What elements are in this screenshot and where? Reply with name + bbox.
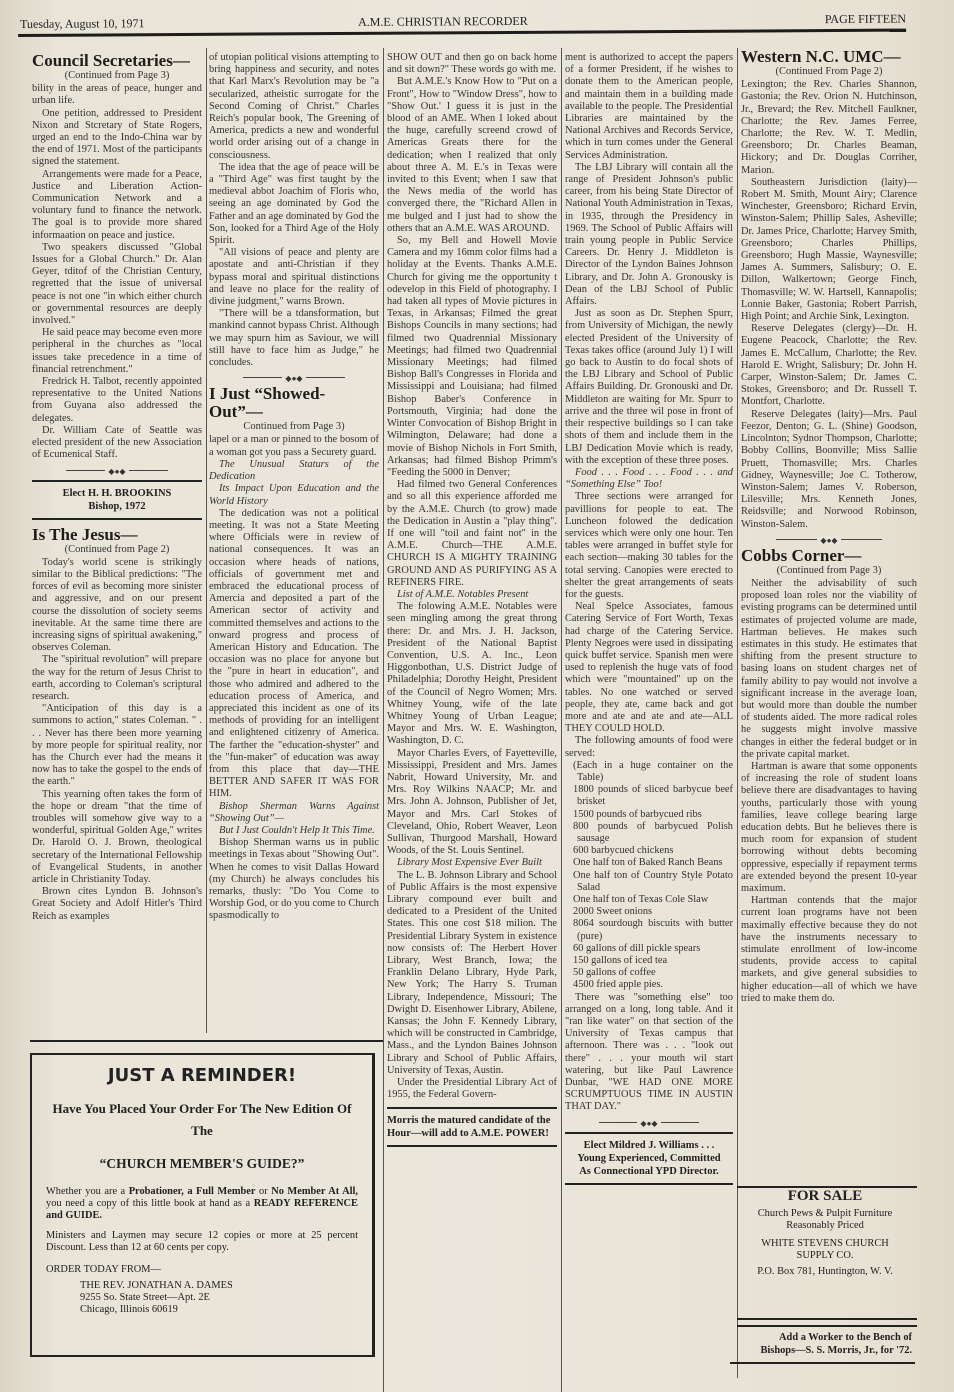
article-paragraph: This yearning often takes the form of th… bbox=[32, 789, 202, 887]
article-paragraph: Today's world scene is strikingly simila… bbox=[32, 557, 202, 655]
article-heading-cobbs-corner: Cobbs Corner— bbox=[741, 547, 917, 565]
for-sale-title: FOR SALE bbox=[735, 1190, 915, 1202]
article-heading-council: Council Secretaries— bbox=[32, 52, 202, 70]
article-paragraph: Mayor Charles Evers, of Fayetteville, Mi… bbox=[387, 748, 557, 858]
article-heading-showed-out: I Just “Showed-Out”— bbox=[209, 385, 379, 421]
article-paragraph: Dr. William Cate of Seattle was elected … bbox=[32, 425, 202, 462]
continued-note: (Continued from Page 3) bbox=[741, 565, 917, 577]
food-item: One half ton of Country Style Potato Sal… bbox=[565, 870, 733, 894]
article-paragraph: The LBJ Library will contain all the ran… bbox=[565, 162, 733, 308]
divider-rule bbox=[737, 1325, 917, 1327]
reminder-pricing: Ministers and Laymen may secure 12 copie… bbox=[46, 1230, 358, 1254]
food-item: 8064 sourdough biscuits with butter (pur… bbox=[565, 918, 733, 942]
article-paragraph: The "spiritual revolution" will prepare … bbox=[32, 654, 202, 703]
brookins-ad: Elect H. H. BROOKINS Bishop, 1972 bbox=[32, 480, 202, 520]
article-paragraph: Reserve Delegates (clergy)—Dr. H. Eugene… bbox=[741, 323, 917, 408]
article-paragraph: Two speakers discussed "Global Issues fo… bbox=[32, 242, 202, 327]
morris-bishop-ad: Add a Worker to the Bench of Bishops—S. … bbox=[740, 1332, 912, 1357]
article-paragraph: The idea that the age of peace will be a… bbox=[209, 162, 379, 247]
food-item: 800 pounds of barbycued Polish sausage bbox=[565, 821, 733, 845]
food-item: 1800 pounds of sliced barbycue beef bris… bbox=[565, 784, 733, 808]
page-number: PAGE FIFTEEN bbox=[825, 12, 906, 27]
subheading: The Unusual Staturs of the Dedication bbox=[209, 459, 379, 483]
divider-rule bbox=[30, 1040, 383, 1042]
reminder-body: Whether you are a Probationer, a Full Me… bbox=[46, 1186, 358, 1222]
continued-note: (Continued From Page 2) bbox=[741, 66, 917, 78]
column-rule bbox=[383, 48, 384, 1392]
article-paragraph: Arrangements were made for a Peace, Just… bbox=[32, 169, 202, 242]
subheading: Food . . . Food . . . Food . . . and “So… bbox=[565, 467, 733, 491]
column-rule bbox=[737, 48, 738, 1378]
food-item: 2000 Sweet onions bbox=[565, 906, 733, 918]
for-sale-ad: FOR SALE Church Pews & Pulpit Furniture … bbox=[735, 1190, 915, 1278]
column-rule bbox=[206, 48, 207, 1033]
article-heading-jesus: Is The Jesus— bbox=[32, 526, 202, 544]
article-paragraph: Just as soon as Dr. Stephen Spurr, from … bbox=[565, 308, 733, 467]
article-paragraph: Neal Spelce Associates, famous Catering … bbox=[565, 601, 733, 735]
church-members-guide-ad: JUST A REMINDER! Have You Placed Your Or… bbox=[30, 1053, 375, 1357]
column-2: of utopian political visions attempting … bbox=[209, 52, 379, 923]
ornament-divider: ◆●◆ bbox=[32, 466, 202, 474]
article-paragraph: Under the Presidential Library Act of 19… bbox=[387, 1077, 557, 1101]
article-paragraph: SHOW OUT and then go on back home and si… bbox=[387, 52, 557, 76]
article-paragraph: Lexington; the Rev. Charles Shannon, Gas… bbox=[741, 79, 917, 177]
subheading: Its Impact Upon Education and the World … bbox=[209, 483, 379, 507]
subheading: But I Just Couldn't Help It This Time. bbox=[209, 825, 379, 837]
guide-title: “CHURCH MEMBER'S GUIDE?” bbox=[32, 1156, 372, 1172]
continued-note: (Continued from Page 3) bbox=[32, 70, 202, 82]
publication-title: A.M.E. CHRISTIAN RECORDER bbox=[358, 14, 528, 30]
article-paragraph: There was "something else" too arranged … bbox=[565, 992, 733, 1114]
article-paragraph: Bishop Sherman warns us in public meetin… bbox=[209, 837, 379, 922]
column-1: Council Secretaries— (Continued from Pag… bbox=[32, 52, 202, 923]
article-paragraph: bility in the areas of peace, hunger and… bbox=[32, 83, 202, 107]
continued-note: (Continued from Page 2) bbox=[32, 544, 202, 556]
article-paragraph: One petition, addressed to President Nix… bbox=[32, 108, 202, 169]
article-paragraph: lapel or a man or pinned to the bosom of… bbox=[209, 434, 379, 458]
article-paragraph: ment is authorized to accept the papers … bbox=[565, 52, 733, 162]
subheading: Library Most Expensive Ever Built bbox=[387, 857, 557, 869]
article-paragraph: Fredrick H. Talbot, recently appointed r… bbox=[32, 376, 202, 425]
food-item: 1500 pounds of barbycued ribs bbox=[565, 809, 733, 821]
article-paragraph: The L. B. Johnson Library and School of … bbox=[387, 870, 557, 1077]
article-paragraph: He said peace may become even more perip… bbox=[32, 327, 202, 376]
food-item: 600 barbycued chickens bbox=[565, 845, 733, 857]
divider-rule bbox=[730, 1362, 915, 1364]
subheading: List of A.M.E. Notables Present bbox=[387, 589, 557, 601]
food-item: One half ton of Baked Ranch Beans bbox=[565, 857, 733, 869]
morris-ad: Morris the matured candidate of the Hour… bbox=[387, 1107, 557, 1147]
article-paragraph: Brown cites Lyndon B. Johnson's Great So… bbox=[32, 886, 202, 923]
column-4: ment is authorized to accept the papers … bbox=[565, 52, 733, 1191]
food-item: 50 gallons of coffee bbox=[565, 967, 733, 979]
article-paragraph: "Anticipation of this day is a summons t… bbox=[32, 703, 202, 788]
subheading: Bishop Sherman Warns Against “Showing Ou… bbox=[209, 801, 379, 825]
article-paragraph: Hartman contends that the major current … bbox=[741, 895, 917, 1005]
article-paragraph: of utopian political visions attempting … bbox=[209, 52, 379, 162]
divider-rule bbox=[737, 1318, 917, 1320]
food-item: (Each in a huge container on the Table) bbox=[565, 760, 733, 784]
article-paragraph: The folowing A.M.E. Notables were seen m… bbox=[387, 601, 557, 747]
article-paragraph: "There will be a tdansformation, but man… bbox=[209, 308, 379, 369]
column-3: SHOW OUT and then go on back home and si… bbox=[387, 52, 557, 1153]
food-list: (Each in a huge container on the Table) … bbox=[565, 760, 733, 992]
ornament-divider: ◆●◆ bbox=[565, 1118, 733, 1126]
food-item: 150 gallons of iced tea bbox=[565, 955, 733, 967]
food-item: 60 gallons of dill pickle spears bbox=[565, 943, 733, 955]
article-paragraph: But A.M.E.'s Know How to "Put on a Front… bbox=[387, 76, 557, 235]
article-paragraph: So, my Bell and Howell Movie Camera and … bbox=[387, 235, 557, 479]
food-item: One half ton of Texas Cole Slaw bbox=[565, 894, 733, 906]
reminder-question: Have You Placed Your Order For The New E… bbox=[42, 1098, 362, 1142]
ornament-divider: ◆●◆ bbox=[209, 373, 379, 381]
article-paragraph: Hartman is aware that some opponents of … bbox=[741, 761, 917, 895]
article-paragraph: Southeastern Jurisdiction (laity)—Robert… bbox=[741, 177, 917, 323]
article-heading-western-nc: Western N.C. UMC— bbox=[741, 48, 917, 66]
article-paragraph: Neither the advisability of such propose… bbox=[741, 578, 917, 761]
column-5: Western N.C. UMC— (Continued From Page 2… bbox=[741, 48, 917, 1005]
food-item: 4500 fried apple pies. bbox=[565, 979, 733, 991]
article-paragraph: Reserve Delegates (laity)—Mrs. Paul Feez… bbox=[741, 409, 917, 531]
article-paragraph: The following amounts of food were serve… bbox=[565, 735, 733, 759]
article-paragraph: Three sections were arranged for pavilli… bbox=[565, 491, 733, 601]
continued-note: Continued from Page 3) bbox=[209, 421, 379, 433]
issue-date: Tuesday, August 10, 1971 bbox=[20, 16, 145, 32]
article-paragraph: "All visions of peace and plenty are apo… bbox=[209, 247, 379, 308]
article-paragraph: Had filmed two General Conferences and s… bbox=[387, 479, 557, 589]
column-rule bbox=[561, 48, 562, 1392]
reminder-title: JUST A REMINDER! bbox=[32, 1065, 372, 1086]
williams-ad: Elect Mildred J. Williams . . . Young Ex… bbox=[565, 1132, 733, 1185]
order-address: ORDER TODAY FROM— THE REV. JONATHAN A. D… bbox=[46, 1264, 358, 1316]
article-paragraph: The dedication was not a political meeti… bbox=[209, 508, 379, 801]
ornament-divider: ◆●◆ bbox=[741, 535, 917, 543]
